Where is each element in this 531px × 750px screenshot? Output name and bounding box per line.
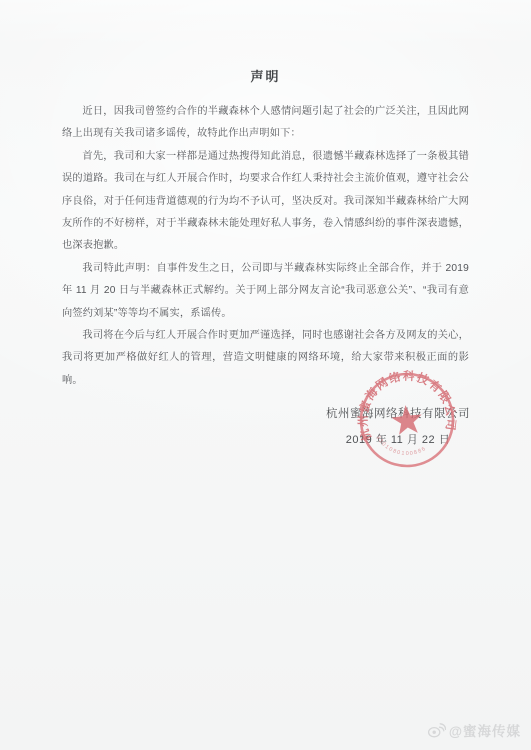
signature-date: 2019 年 11 月 22 日 [326,431,470,447]
weibo-logo-icon [427,722,446,739]
paragraph-position: 首先，我司和大家一样都是通过热搜得知此消息，很遗憾半藏森林选择了一条极其错误的道… [62,146,469,258]
signature-company-name: 杭州蜜海网络科技有限公司 [326,405,470,421]
document-title: 声明 [0,66,531,85]
statement-document: 声明 近日，因我司曾签约合作的半藏森林个人感情问题引起了社会的广泛关注，且因此网… [0,0,531,750]
watermark-handle: @蜜海传媒 [449,720,521,740]
document-body: 近日，因我司曾签约合作的半藏森林个人感情问题引起了社会的广泛关注，且因此网络上出… [62,101,469,392]
signature-block: 杭州蜜海网络科技有限公司 2019 年 11 月 22 日 [326,405,470,447]
paragraph-future: 我司将在今后与红人开展合作时更加严谨选择，同时也感谢社会各方及网友的关心，我司将… [62,325,469,392]
paragraph-intro: 近日，因我司曾签约合作的半藏森林个人感情问题引起了社会的广泛关注，且因此网络上出… [62,101,469,146]
paragraph-termination: 我司特此声明：自事件发生之日，公司即与半藏森林实际终止全部合作，并于 2019 … [62,258,469,325]
weibo-watermark: @蜜海传媒 [427,720,521,740]
